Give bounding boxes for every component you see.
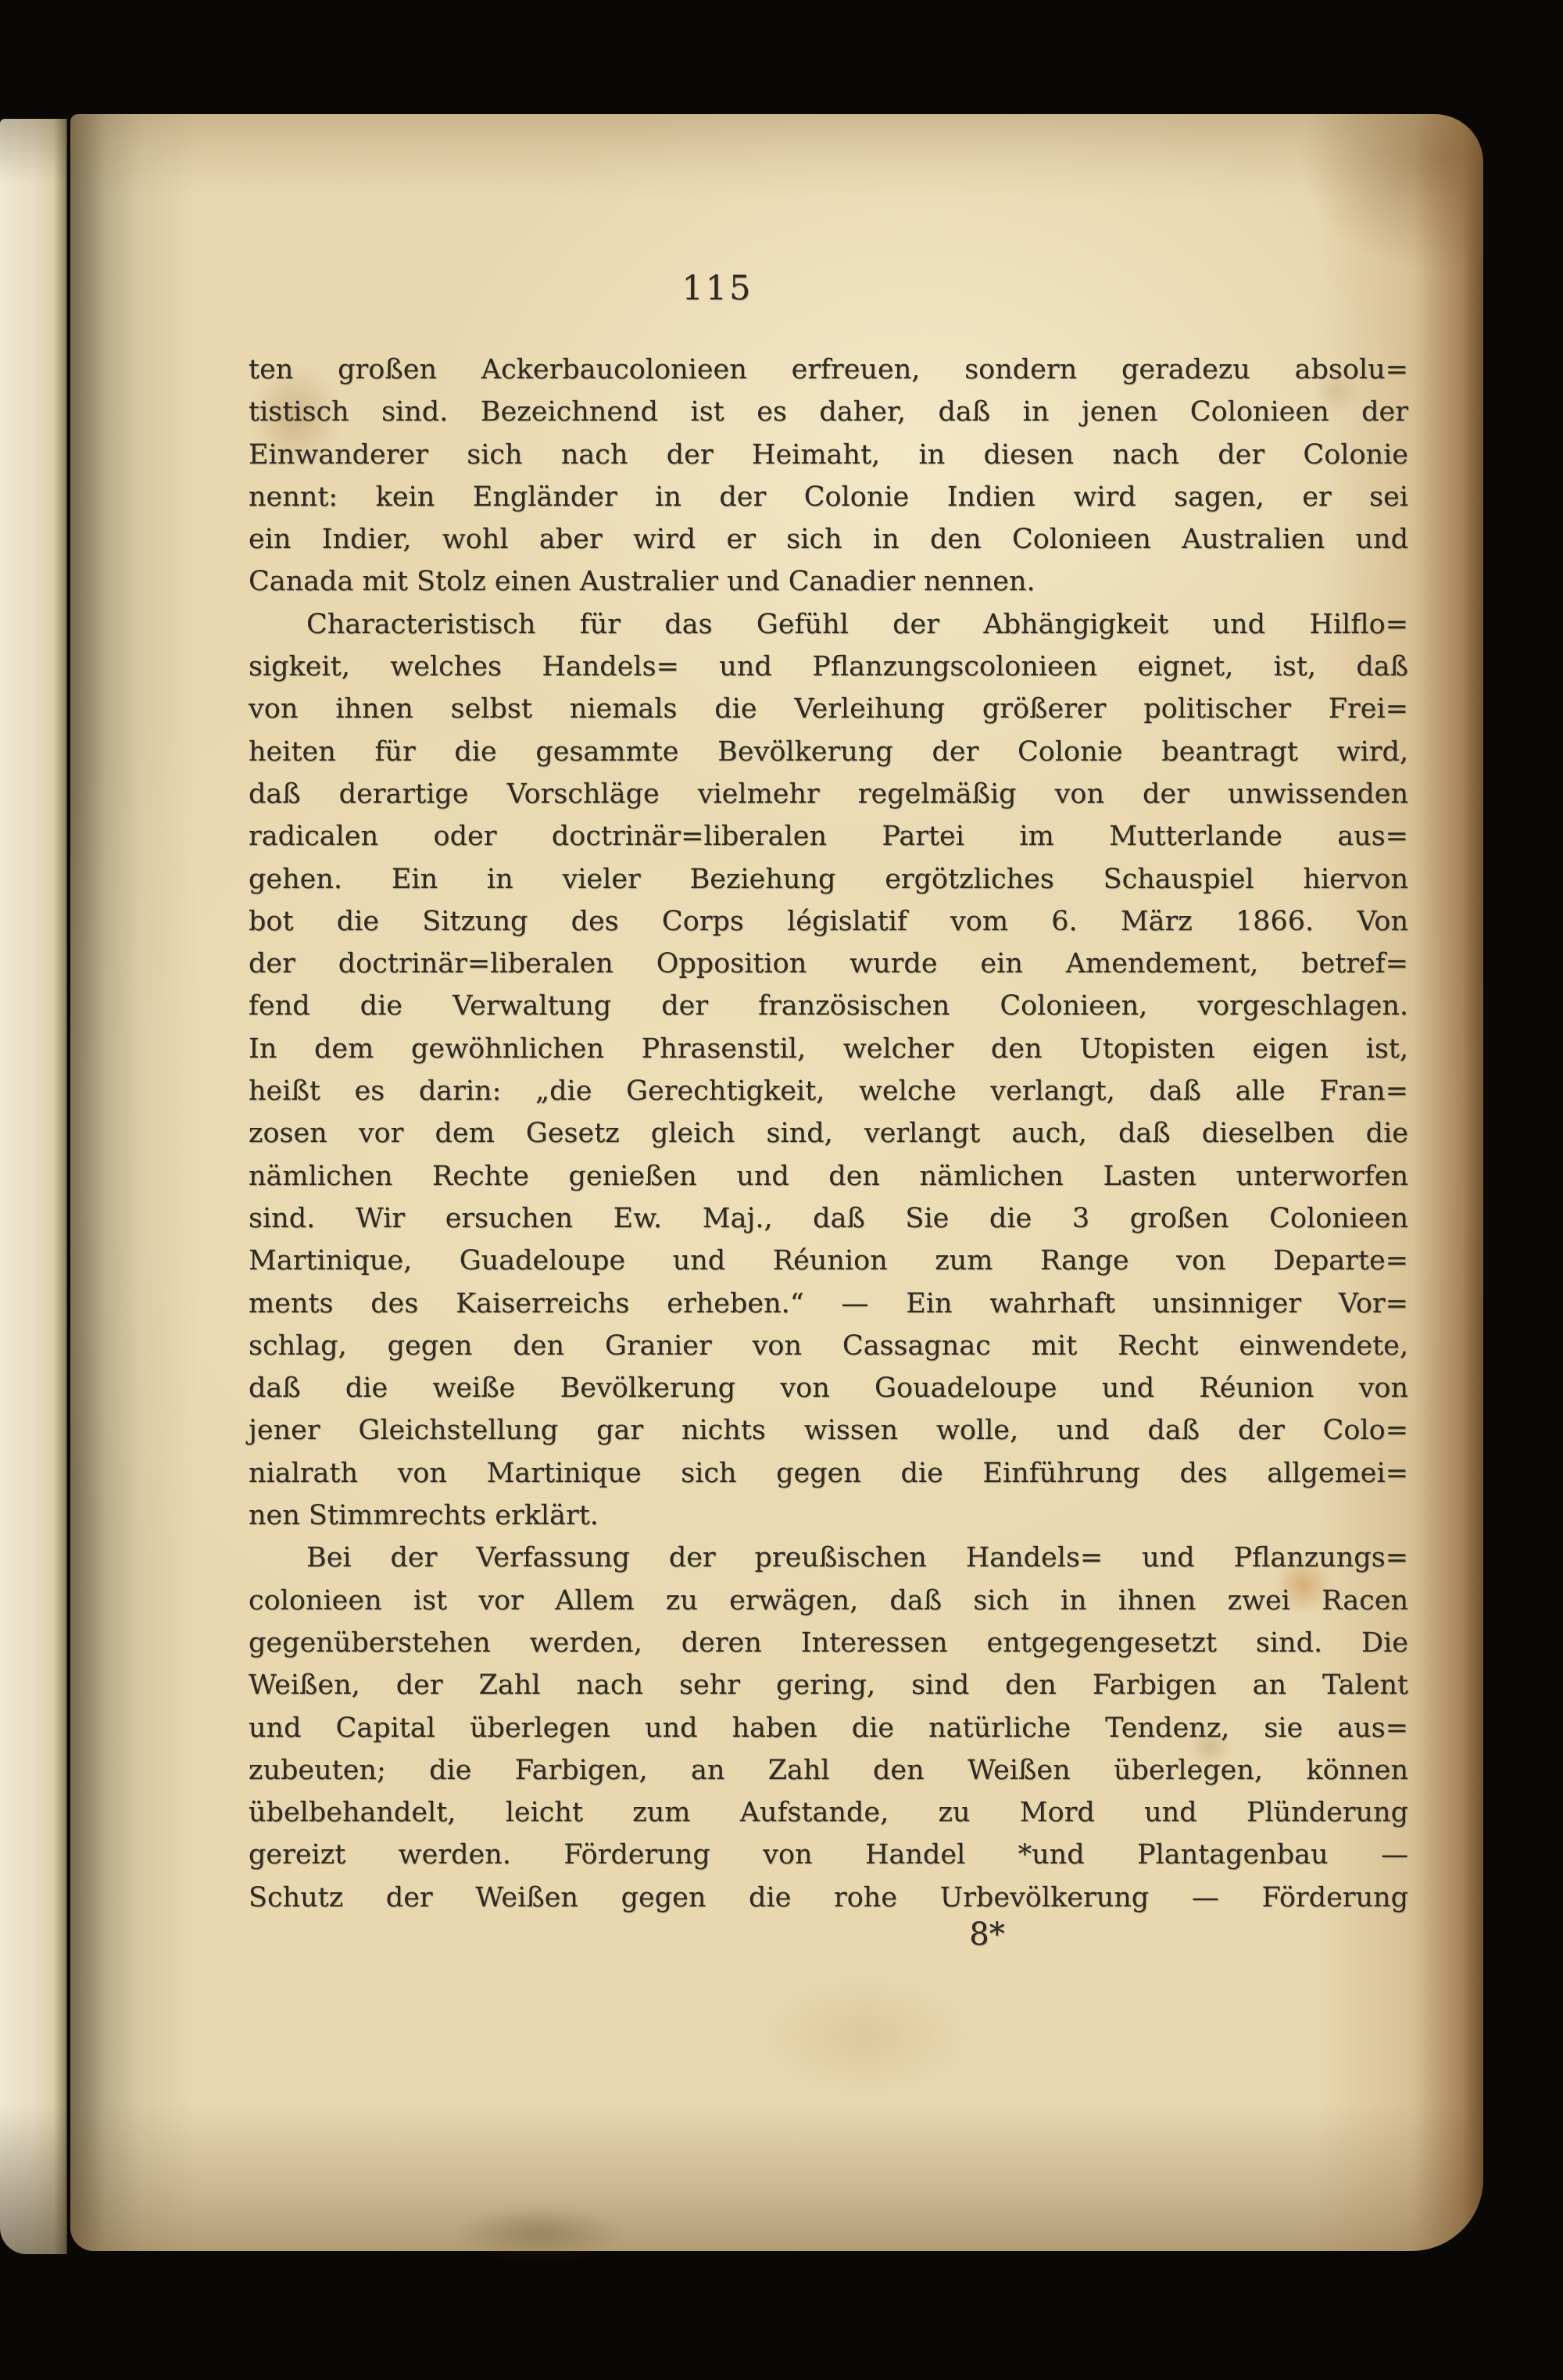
text-line: gegenüberstehen werden, deren Interessen… xyxy=(249,1622,1408,1664)
signature-mark: 8* xyxy=(936,1917,1038,1952)
text-line: Einwanderer sich nach der Heimaht, in di… xyxy=(249,434,1408,476)
text-line: Characteristisch für das Gefühl der Abhä… xyxy=(249,603,1408,646)
text-line: Bei der Verfassung der preußischen Hande… xyxy=(249,1537,1408,1579)
text-line: und Capital überlegen und haben die natü… xyxy=(249,1707,1408,1749)
text-line: heißt es darin: „die Gerechtigkeit, welc… xyxy=(249,1070,1408,1112)
text-line: colonieen ist vor Allem zu erwägen, daß … xyxy=(249,1580,1408,1622)
text-line: gehen. Ein in vieler Beziehung ergötzlic… xyxy=(249,858,1408,900)
text-line: von ihnen selbst niemals die Verleihung … xyxy=(249,688,1408,730)
text-line: ments des Kaiserreichs erheben.“ — Ein w… xyxy=(249,1283,1408,1325)
text-line: In dem gewöhnlichen Phrasenstil, welcher… xyxy=(249,1028,1408,1070)
text-block: ten großen Ackerbaucolonieen erfreuen, s… xyxy=(249,349,1408,1919)
text-line: der doctrinär=liberalen Opposition wurde… xyxy=(249,943,1408,985)
text-line: radicalen oder doctrinär=liberalen Parte… xyxy=(249,815,1408,857)
text-line: daß die weiße Bevölkerung von Gouadeloup… xyxy=(249,1367,1408,1409)
text-line: ein Indier, wohl aber wird er sich in de… xyxy=(249,518,1408,560)
text-line: daß derartige Vorschläge vielmehr regelm… xyxy=(249,773,1408,815)
text-line: Weißen, der Zahl nach sehr gering, sind … xyxy=(249,1664,1408,1706)
text-line: Canada mit Stolz einen Australier und Ca… xyxy=(249,560,1408,603)
text-line: sind. Wir ersuchen Ew. Maj., daß Sie die… xyxy=(249,1197,1408,1240)
text-line: schlag, gegen den Granier von Cassagnac … xyxy=(249,1325,1408,1367)
previous-page-edge xyxy=(0,119,67,2254)
text-line: Schutz der Weißen gegen die rohe Urbevöl… xyxy=(249,1877,1408,1919)
text-line: nennt: kein Engländer in der Colonie Ind… xyxy=(249,476,1408,518)
scan-background: { "page": { "number": "115", "signature_… xyxy=(0,0,1563,2380)
text-line: Martinique, Guadeloupe und Réunion zum R… xyxy=(249,1240,1408,1282)
page-number: 115 xyxy=(655,269,780,308)
text-line: nialrath von Martinique sich gegen die E… xyxy=(249,1452,1408,1494)
text-line: bot die Sitzung des Corps législatif vom… xyxy=(249,900,1408,943)
text-line: ten großen Ackerbaucolonieen erfreuen, s… xyxy=(249,349,1408,391)
text-line: nämlichen Rechte genießen und den nämlic… xyxy=(249,1155,1408,1197)
text-line: tistisch sind. Bezeichnend ist es daher,… xyxy=(249,391,1408,433)
text-line: zubeuten; die Farbigen, an Zahl den Weiß… xyxy=(249,1749,1408,1791)
text-line: heiten für die gesammte Bevölkerung der … xyxy=(249,731,1408,773)
text-line: übelbehandelt, leicht zum Aufstande, zu … xyxy=(249,1791,1408,1834)
text-line: fend die Verwaltung der französischen Co… xyxy=(249,985,1408,1027)
text-line: zosen vor dem Gesetz gleich sind, verlan… xyxy=(249,1112,1408,1154)
text-line: jener Gleichstellung gar nichts wissen w… xyxy=(249,1409,1408,1451)
text-line: sigkeit, welches Handels= und Pflanzungs… xyxy=(249,646,1408,688)
text-line: nen Stimmrechts erklärt. xyxy=(249,1494,1408,1537)
text-line: gereizt werden. Förderung von Handel *un… xyxy=(249,1834,1408,1876)
